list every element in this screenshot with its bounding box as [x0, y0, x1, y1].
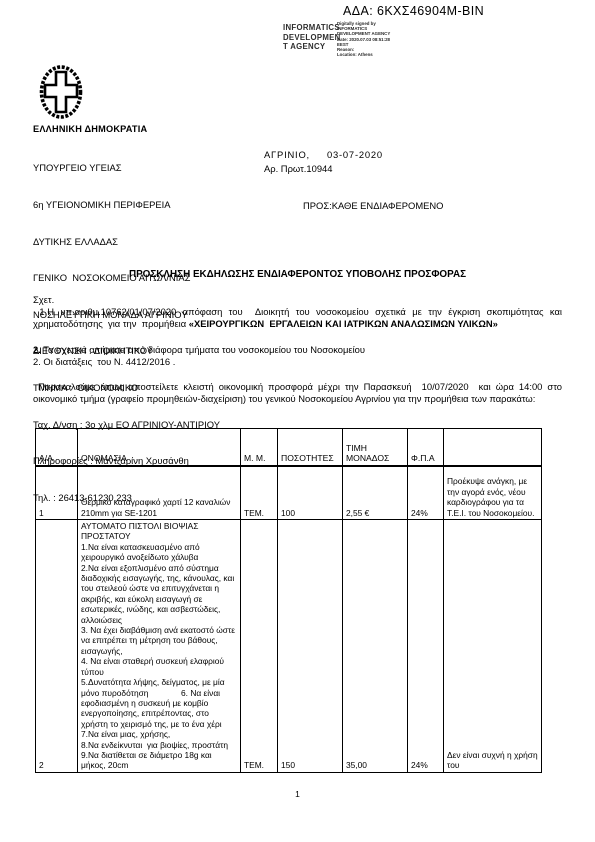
- digital-signature-stamp: Digitally signed by INFORMATICS DEVELOPM…: [337, 21, 390, 57]
- references-label: Σχετ.: [33, 294, 54, 305]
- document-page: ΑΔΑ: 6ΚΧΣ46904Μ-ΒΙΝ INFORMATICS DEVELOPM…: [0, 0, 595, 842]
- cell-aa: 1: [36, 466, 78, 520]
- table-row: 2 ΑΥΤΟΜΑΤΟ ΠΙΣΤΟΛΙ ΒΙΟΨΙΑΣ ΠΡΟΣΤΑΤΟΥ 1.Ν…: [36, 520, 542, 773]
- cell-unit-price: 35,00: [343, 520, 408, 773]
- city-and-date: ΑΓΡΙΝΙΟ, 03-07-2020: [264, 149, 383, 160]
- cell-unit-price: 2,55 €: [343, 466, 408, 520]
- reference-3: 2. Οι διατάξεις του Ν. 4412/2016 .: [33, 356, 175, 367]
- header-note: [444, 429, 542, 467]
- header-aa: Α/Α: [36, 429, 78, 467]
- signature-agency-line: INFORMATICS: [283, 23, 341, 33]
- cell-vat: 24%: [408, 520, 444, 773]
- header-quantity: ΠΟΣΟΤΗΤΕΣ: [278, 429, 343, 467]
- letterhead-line-ministry: ΥΠΟΥΡΓΕΙΟ ΥΓΕΙΑΣ: [33, 162, 220, 174]
- protocol-number: Αρ. Πρωτ.10944: [264, 163, 332, 174]
- reference-2-text: Τα σχετικά αιτήματα από διάφορα τμήματα …: [41, 344, 365, 355]
- header-name: ΟΝΟΜΑΣΙΑ: [78, 429, 241, 467]
- request-paragraph: Παρακαλούμε όπως αποστείλετε κλειστή οικ…: [33, 381, 562, 406]
- header-unit: Μ. Μ.: [241, 429, 278, 467]
- page-number: 1: [0, 789, 595, 799]
- reference-2-number: 2.: [33, 344, 41, 355]
- greek-coat-of-arms: [38, 64, 84, 120]
- document-title: ΠΡΟΣΚΛΗΣΗ ΕΚΔΗΛΩΣΗΣ ΕΝΔΙΑΦΕΡΟΝΤΟΣ ΥΠΟΒΟΛ…: [0, 269, 595, 280]
- items-table: Α/Α ΟΝΟΜΑΣΙΑ Μ. Μ. ΠΟΣΟΤΗΤΕΣ ΤΙΜΗ ΜΟΝΑΔΟ…: [35, 428, 542, 773]
- cell-aa: 2: [36, 520, 78, 773]
- letterhead-line-region2: ΔΥΤΙΚΗΣ ΕΛΛΑΔΑΣ: [33, 236, 220, 248]
- reference-1-subject: «ΧΕΙΡΟΥΡΓΙΚΩΝ ΕΡΓΑΛΕΙΩΝ ΚΑΙ ΙΑΤΡΙΚΩΝ ΑΝΑ…: [189, 318, 498, 329]
- stamp-line: DEVELOPMENT AGENCY: [337, 31, 390, 36]
- stamp-line: Location: Athens: [337, 52, 390, 57]
- recipient-line: ΠΡΟΣ:ΚΑΘΕ ΕΝΔΙΑΦΕΡΟΜΕΝΟ: [303, 200, 443, 211]
- header-unit-price: ΤΙΜΗ ΜΟΝΑΔΟΣ: [343, 429, 408, 467]
- signature-agency-line: T AGENCY: [283, 42, 341, 52]
- cell-note: Δεν είναι συχνή η χρήση του: [444, 520, 542, 773]
- cell-name: ΑΥΤΟΜΑΤΟ ΠΙΣΤΟΛΙ ΒΙΟΨΙΑΣ ΠΡΟΣΤΑΤΟΥ 1.Να …: [78, 520, 241, 773]
- cell-note: Προέκυψε ανάγκη, με την αγορά ενός, νέου…: [444, 466, 542, 520]
- letterhead-country: ΕΛΛΗΝΙΚΗ ΔΗΜΟΚΡΑΤΙΑ: [33, 124, 147, 134]
- letterhead-line-region: 6η ΥΓΕΙΟΝΟΜΙΚΗ ΠΕΡΙΦΕΡΕΙΑ: [33, 199, 220, 211]
- table-row: 1 Θερμικό καταγραφικό χαρτί 12 καναλιών …: [36, 466, 542, 520]
- cell-name: Θερμικό καταγραφικό χαρτί 12 καναλιών 21…: [78, 466, 241, 520]
- cell-unit: ΤΕΜ.: [241, 466, 278, 520]
- cell-vat: 24%: [408, 466, 444, 520]
- signature-agency-line: DEVELOPMEN: [283, 33, 341, 43]
- ada-code: ΑΔΑ: 6ΚΧΣ46904Μ-ΒΙΝ: [343, 4, 484, 18]
- reference-1: 1.Η υπ.αριθμ.10762/01/07/2020 απόφαση το…: [33, 306, 562, 331]
- header-vat: Φ.Π.Α: [408, 429, 444, 467]
- cell-quantity: 100: [278, 466, 343, 520]
- cell-quantity: 150: [278, 520, 343, 773]
- reference-2: 2. Τα σχετικά αιτήματα από διάφορα τμήμα…: [33, 344, 365, 355]
- cell-unit: ΤΕΜ.: [241, 520, 278, 773]
- table-header-row: Α/Α ΟΝΟΜΑΣΙΑ Μ. Μ. ΠΟΣΟΤΗΤΕΣ ΤΙΜΗ ΜΟΝΑΔΟ…: [36, 429, 542, 467]
- signature-agency-name: INFORMATICS DEVELOPMEN T AGENCY: [283, 23, 341, 52]
